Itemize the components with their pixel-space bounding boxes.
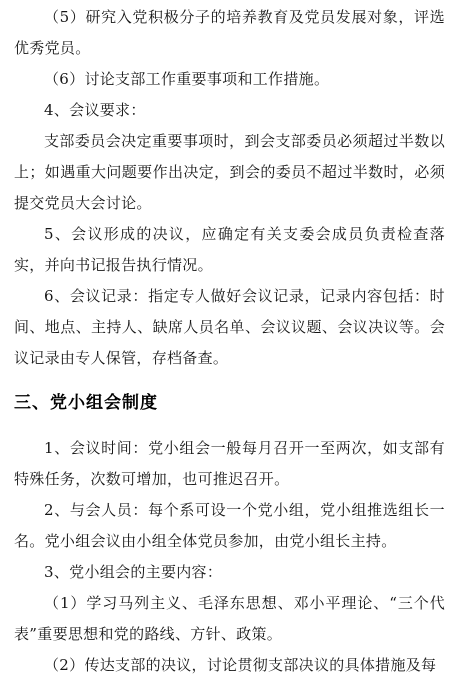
paragraph: 6、会议记录：指定专人做好会议记录，记录内容包括：时间、地点、主持人、缺席人员名…	[14, 281, 445, 374]
document-body: （5）研究入党积极分子的培养教育及党员发展对象，评选优秀党员。（6）讨论支部工作…	[14, 2, 445, 681]
section-heading: 三、党小组会制度	[14, 388, 445, 419]
paragraph: （1）学习马列主义、毛泽东思想、邓小平理论、“三个代表”重要思想和党的路线、方针…	[14, 588, 445, 650]
paragraph: 支部委员会决定重要事项时，到会支部委员必须超过半数以上；如遇重大问题要作出决定，…	[14, 126, 445, 219]
paragraph: 3、党小组会的主要内容：	[14, 557, 445, 588]
paragraph: 1、会议时间：党小组会一般每月召开一至两次，如支部有特殊任务，次数可增加，也可推…	[14, 433, 445, 495]
paragraph: 4、会议要求：	[14, 95, 445, 126]
paragraph: （2）传达支部的决议，讨论贯彻支部决议的具体措施及每	[14, 650, 445, 681]
paragraph: 5、会议形成的决议，应确定有关支委会成员负责检查落实，并向书记报告执行情况。	[14, 219, 445, 281]
paragraph: 2、与会人员：每个系可设一个党小组，党小组推选组长一名。党小组会议由小组全体党员…	[14, 495, 445, 557]
document-page: （5）研究入党积极分子的培养教育及党员发展对象，评选优秀党员。（6）讨论支部工作…	[0, 0, 458, 696]
paragraph: （5）研究入党积极分子的培养教育及党员发展对象，评选优秀党员。	[14, 2, 445, 64]
paragraph: （6）讨论支部工作重要事项和工作措施。	[14, 64, 445, 95]
